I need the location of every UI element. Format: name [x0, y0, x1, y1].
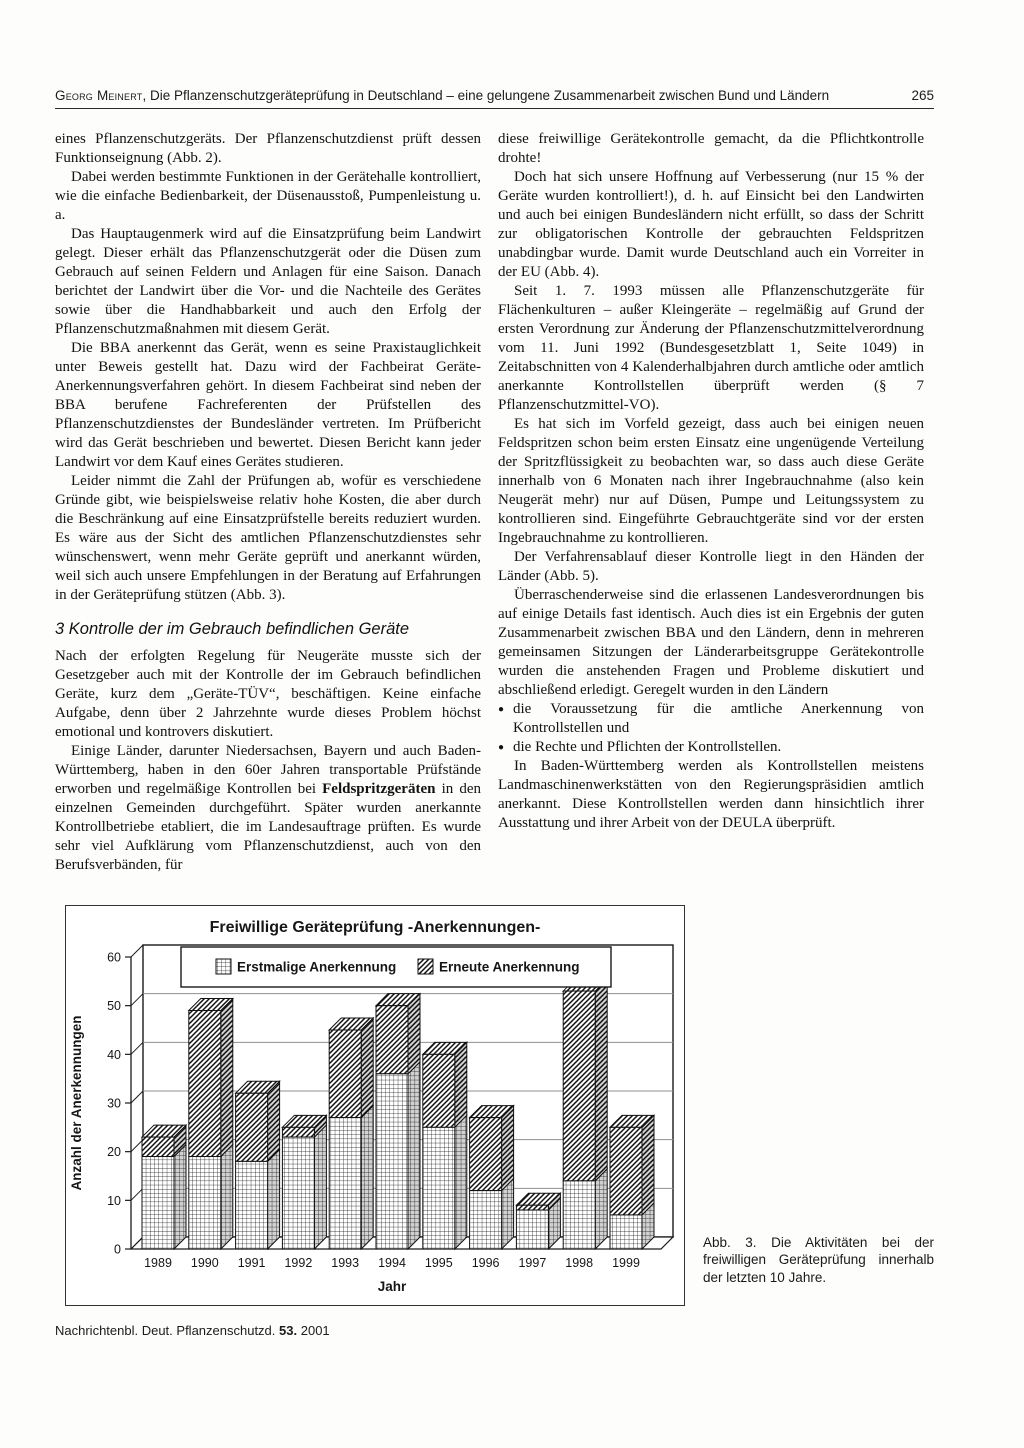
segment-erneute	[189, 1011, 221, 1157]
x-tick-label: 1991	[238, 1256, 266, 1270]
chart-title: Freiwillige Geräteprüfung -Anerkennungen…	[66, 919, 684, 937]
bar-group-1990: 1990	[189, 999, 233, 1270]
paragraph: Der Verfahrensablauf dieser Kontrolle li…	[498, 548, 924, 586]
chart-host: 0102030405060198919901991199219931994199…	[66, 937, 684, 1305]
column-right: diese freiwillige Gerätekontrolle gemach…	[498, 130, 924, 875]
paragraph: diese freiwillige Gerätekontrolle gemach…	[498, 130, 924, 168]
bullet-item: ●die Voraussetzung für die amtliche Aner…	[498, 700, 924, 738]
paragraph: Leider nimmt die Zahl der Prüfungen ab, …	[55, 472, 481, 605]
x-tick-label: 1998	[565, 1256, 593, 1270]
segment-erneute	[563, 991, 595, 1181]
paragraph: Die BBA anerkennt das Gerät, wenn es sei…	[55, 339, 481, 472]
paragraph: Nach der erfolgten Regelung für Neugerät…	[55, 647, 481, 742]
segment-erstmalig	[610, 1215, 642, 1249]
segment-erstmalig	[236, 1161, 268, 1249]
x-tick-label: 1996	[472, 1256, 500, 1270]
x-tick-label: 1989	[144, 1256, 172, 1270]
paragraph: Das Hauptaugenmerk wird auf die Einsatzp…	[55, 225, 481, 339]
segment-erstmalig	[189, 1157, 221, 1249]
paragraph: eines Pflanzenschutzgeräts. Der Pflanzen…	[55, 130, 481, 168]
x-tick-label: 1999	[612, 1256, 640, 1270]
segment-erstmalig	[376, 1074, 408, 1249]
paragraph: Doch hat sich unsere Hoffnung auf Verbes…	[498, 168, 924, 282]
paragraph: Dabei werden bestimmte Funktionen in der…	[55, 168, 481, 225]
segment-erstmalig	[563, 1181, 595, 1249]
x-tick-label: 1994	[378, 1256, 406, 1270]
segment-erneute	[142, 1137, 174, 1156]
y-tick-label: 50	[107, 999, 121, 1013]
article-columns: eines Pflanzenschutzgeräts. Der Pflanzen…	[55, 130, 934, 875]
author-name: Georg Meinert	[55, 88, 142, 103]
bar-group-1998: 1998	[563, 979, 607, 1270]
y-axis: 0102030405060	[107, 945, 143, 1257]
x-tick-label: 1990	[191, 1256, 219, 1270]
journal-abbrev: Nachrichtenbl. Deut. Pflanzenschutzd.	[55, 1323, 275, 1338]
x-tick-label: 1995	[425, 1256, 453, 1270]
y-tick-label: 40	[107, 1048, 121, 1062]
segment-erstmalig	[329, 1118, 361, 1249]
running-header-text: Georg Meinert, Die Pflanzenschutzgerätep…	[55, 88, 829, 103]
bar-group-1994: 1994	[376, 994, 420, 1270]
bullet-dot: ●	[498, 738, 513, 757]
section-heading: 3 Kontrolle der im Gebrauch befindlichen…	[55, 619, 481, 639]
page-number: 265	[911, 88, 934, 103]
bar-group-1991: 1991	[236, 1081, 280, 1270]
header-rule	[55, 108, 934, 109]
segment-erneute	[423, 1054, 455, 1127]
segment-erneute	[516, 1205, 548, 1210]
figure-caption: Abb. 3. Die Aktivitäten bei der freiwill…	[703, 1234, 934, 1287]
journal-year: 2001	[301, 1323, 330, 1338]
segment-erneute	[236, 1093, 268, 1161]
y-axis-label: Anzahl der Anerkennungen	[69, 1015, 84, 1190]
anerkennungen-chart: 0102030405060198919901991199219931994199…	[66, 937, 683, 1305]
bar-group-1997: 1997	[516, 1193, 560, 1270]
paragraph: Überraschenderweise sind die erlassenen …	[498, 586, 924, 700]
legend-label: Erneute Anerkennung	[439, 960, 580, 975]
legend-label: Erstmalige Anerkennung	[237, 960, 396, 975]
segment-erstmalig	[423, 1127, 455, 1249]
bullet-text: die Voraussetzung für die amtliche Anerk…	[513, 700, 924, 738]
paragraph: Es hat sich im Vorfeld gezeigt, dass auc…	[498, 415, 924, 548]
article-title: , Die Pflanzenschutzgeräteprüfung in Deu…	[142, 88, 829, 103]
column-left: eines Pflanzenschutzgeräts. Der Pflanzen…	[55, 130, 481, 875]
segment-erstmalig	[142, 1157, 174, 1249]
legend-swatch-diagonal	[418, 959, 433, 974]
x-tick-label: 1992	[284, 1256, 312, 1270]
chart-legend: Erstmalige AnerkennungErneute Anerkennun…	[181, 947, 611, 987]
y-tick-label: 60	[107, 951, 121, 965]
bullet-dot: ●	[498, 700, 513, 738]
segment-erneute	[610, 1127, 642, 1215]
y-tick-label: 0	[114, 1243, 121, 1257]
paragraph: Einige Länder, darunter Niedersachsen, B…	[55, 742, 481, 875]
segment-erstmalig	[470, 1191, 502, 1249]
segment-erneute	[329, 1030, 361, 1118]
figure-row: Freiwillige Geräteprüfung -Anerkennungen…	[65, 905, 934, 1306]
y-tick-label: 20	[107, 1145, 121, 1159]
segment-erneute	[282, 1127, 314, 1137]
bold-term: Feldspritzgeräten	[322, 781, 435, 797]
legend-swatch-crosshatch	[216, 959, 231, 974]
bullet-item: ●die Rechte und Pflichten der Kontrollst…	[498, 738, 924, 757]
figure-chart-box: Freiwillige Geräteprüfung -Anerkennungen…	[65, 905, 685, 1306]
paragraph: Seit 1. 7. 1993 müssen alle Pflanzenschu…	[498, 282, 924, 415]
journal-footer: Nachrichtenbl. Deut. Pflanzenschutzd. 53…	[55, 1323, 934, 1338]
journal-page: Georg Meinert, Die Pflanzenschutzgerätep…	[0, 0, 1024, 1448]
journal-volume: 53.	[279, 1323, 297, 1338]
x-tick-label: 1997	[518, 1256, 546, 1270]
segment-erneute	[376, 1006, 408, 1074]
x-axis-label: Jahr	[378, 1279, 407, 1294]
segment-erneute	[470, 1118, 502, 1191]
y-tick-label: 30	[107, 1097, 121, 1111]
y-tick-label: 10	[107, 1194, 121, 1208]
running-header: Georg Meinert, Die Pflanzenschutzgerätep…	[55, 88, 934, 103]
bar-group-1995: 1995	[423, 1042, 467, 1270]
bullet-text: die Rechte und Pflichten der Kontrollste…	[513, 738, 924, 757]
segment-erstmalig	[282, 1137, 314, 1249]
segment-erstmalig	[516, 1210, 548, 1249]
bar-group-1993: 1993	[329, 1018, 373, 1270]
paragraph: In Baden-Württemberg werden als Kontroll…	[498, 757, 924, 833]
x-tick-label: 1993	[331, 1256, 359, 1270]
